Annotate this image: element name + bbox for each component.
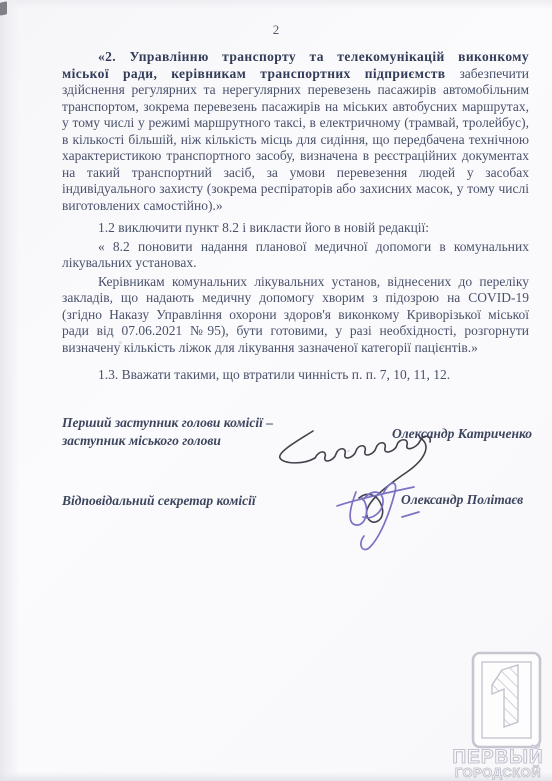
signature-politaiev-ink [337, 483, 419, 549]
signatory-title-line1: Перший заступник голови комісії – [62, 414, 273, 432]
paragraph-transport-order: «2. Управлінню транспорту та телекомунік… [62, 49, 529, 214]
signatory-title-first-deputy: Перший заступник голови комісії – заступ… [62, 414, 273, 449]
document-body: «2. Управлінню транспорту та телекомунік… [62, 49, 529, 384]
scan-edge-shadow-left [0, 0, 20, 781]
signatory-title-line2: заступник міського голови [62, 432, 273, 450]
signature-katrychenko-ink [280, 431, 431, 522]
signatures-overlay [255, 418, 445, 568]
scan-corner-artifact [0, 1, 7, 15]
scan-edge-shadow-top [0, 0, 552, 9]
scanned-document-page: 2 «2. Управлінню транспорту та телекомун… [0, 0, 552, 781]
watermark-text-line2: ГОРОДСКОЙ [455, 765, 541, 780]
paragraph-clause-1-2: 1.2 виключити пункт 8.2 і викласти його … [62, 220, 529, 237]
page-number: 2 [0, 22, 552, 38]
paragraph-transport-order-rest: забезпечити здійснення регулярних та нер… [62, 66, 529, 213]
paragraph-hospitals-covid: Керівникам комунальних лікувальних устан… [62, 274, 529, 357]
paragraph-clause-8-2: « 8.2 поновити надання планової медичної… [62, 239, 529, 272]
channel-one-logo-icon [473, 653, 540, 747]
paragraph-clause-1-3: 1.3. Вважати такими, що втратили чинніст… [62, 367, 529, 384]
pervyi-gorodskoy-watermark: ПЕРВЫЙ ГОРОДСКОЙ [445, 648, 550, 781]
signatory-title-secretary: Відповідальний секретар комісії [62, 492, 256, 510]
